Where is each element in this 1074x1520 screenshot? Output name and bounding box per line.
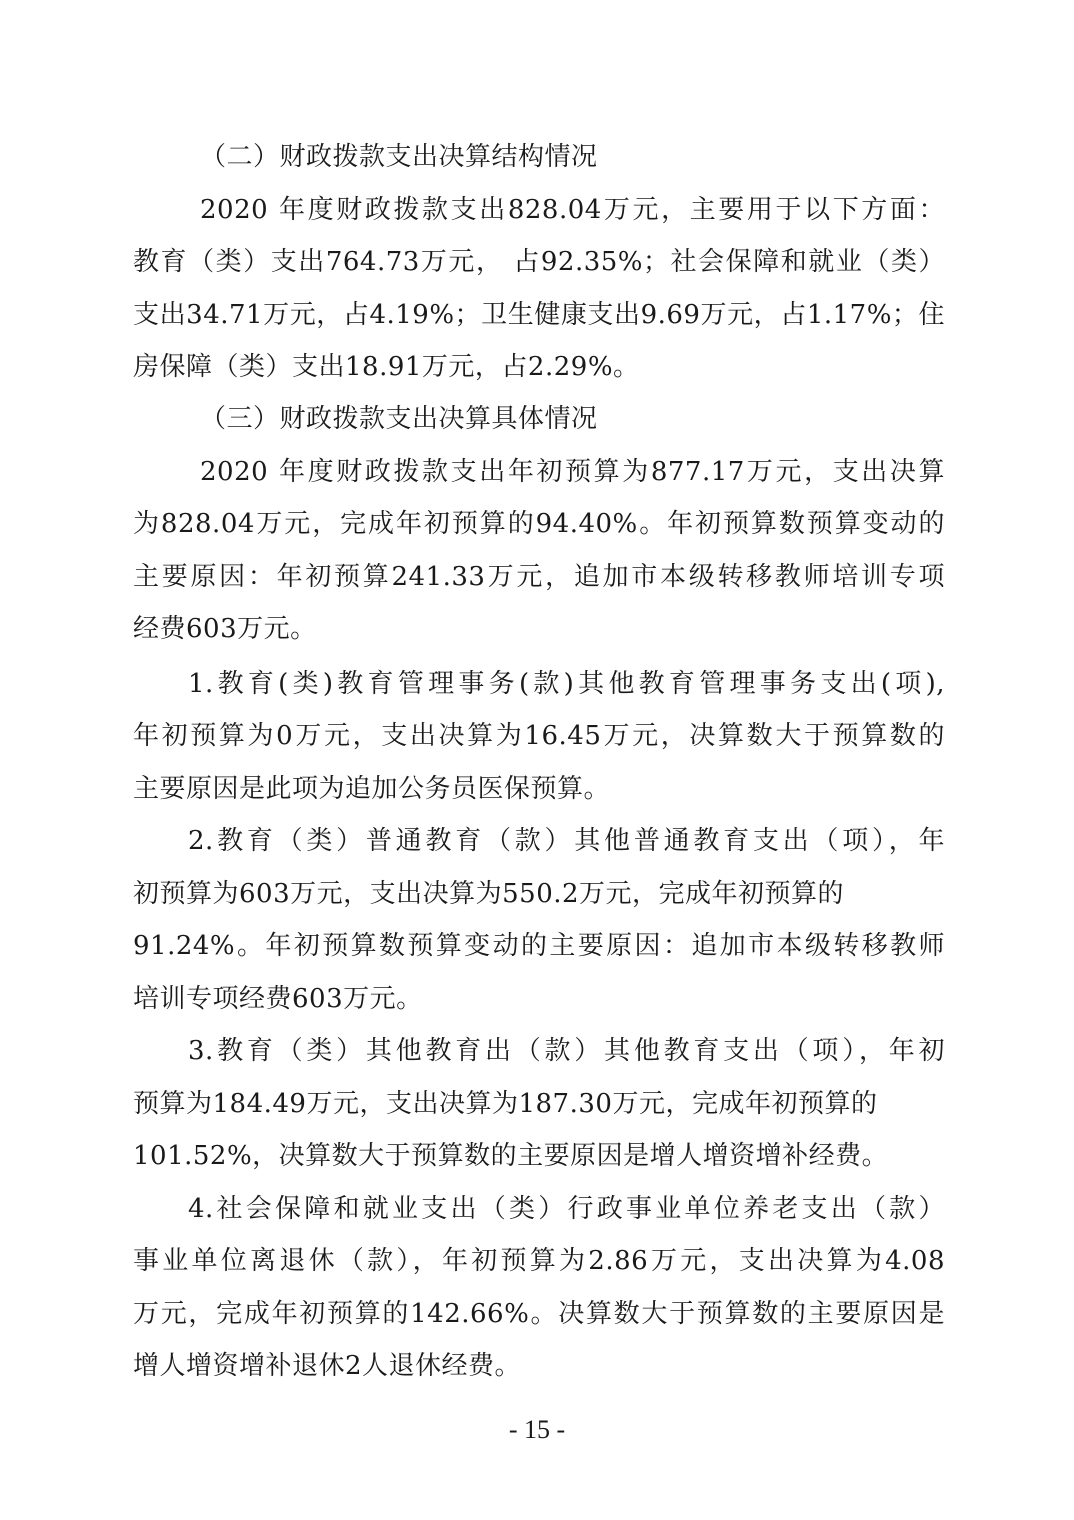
paragraph-line: 培训专项经费603万元。: [133, 982, 945, 1016]
paragraph-line: 经费603万元。: [133, 612, 945, 646]
paragraph-line: 事业单位离退休（款），年初预算为2.86万元，支出决算为4.08: [133, 1244, 945, 1278]
list-item-1: 1.教育(类)教育管理事务(款)其他教育管理事务支出(项),: [188, 667, 945, 701]
paragraph-line: 91.24%。年初预算数预算变动的主要原因：追加市本级转移教师: [133, 929, 945, 963]
paragraph-line: 为828.04万元，完成年初预算的94.40%。年初预算数预算变动的: [133, 507, 945, 541]
paragraph-line: 101.52%，决算数大于预算数的主要原因是增人增资增补经费。: [133, 1139, 945, 1173]
paragraph-line: 初预算为603万元，支出决算为550.2万元，完成年初预算的: [133, 877, 945, 911]
section-heading-3: （三）财政拨款支出决算具体情况: [200, 402, 945, 436]
paragraph-line: 主要原因是此项为追加公务员医保预算。: [133, 772, 945, 806]
paragraph-line: 主要原因：年初预算241.33万元，追加市本级转移教师培训专项: [133, 560, 945, 594]
document-page: （二）财政拨款支出决算结构情况 2020 年度财政拨款支出828.04万元，主要…: [0, 0, 1074, 1520]
list-item-4: 4.社会保障和就业支出（类）行政事业单位养老支出（款）: [188, 1192, 945, 1226]
paragraph-line: 预算为184.49万元，支出决算为187.30万元，完成年初预算的: [133, 1087, 945, 1121]
list-item-3: 3.教育（类）其他教育出（款）其他教育支出（项），年初: [188, 1034, 945, 1068]
page-number: - 15 -: [0, 1413, 1074, 1447]
paragraph-line: 2020 年度财政拨款支出828.04万元，主要用于以下方面：: [200, 193, 945, 227]
paragraph-line: 房保障（类）支出18.91万元，占2.29%。: [133, 350, 945, 384]
paragraph-line: 支出34.71万元，占4.19%；卫生健康支出9.69万元，占1.17%；住: [133, 298, 945, 332]
paragraph-line: 增人增资增补退休2人退休经费。: [133, 1349, 945, 1383]
paragraph-line: 教育（类）支出764.73万元， 占92.35%；社会保障和就业（类）: [133, 245, 945, 279]
paragraph-line: 万元，完成年初预算的142.66%。决算数大于预算数的主要原因是: [133, 1297, 945, 1331]
paragraph-line: 2020 年度财政拨款支出年初预算为877.17万元，支出决算: [200, 455, 945, 489]
list-item-2: 2.教育（类）普通教育（款）其他普通教育支出（项），年: [188, 824, 945, 858]
paragraph-line: 年初预算为0万元，支出决算为16.45万元，决算数大于预算数的: [133, 719, 945, 753]
section-heading-2: （二）财政拨款支出决算结构情况: [200, 140, 945, 174]
